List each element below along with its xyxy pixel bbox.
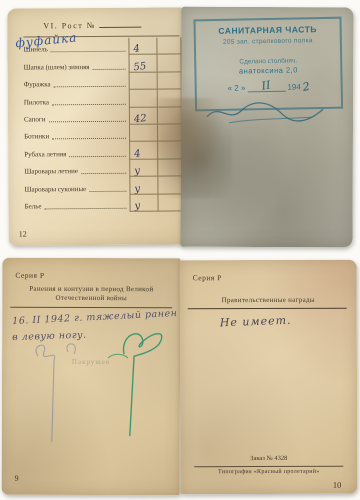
date-day: « 2 » (228, 83, 246, 92)
empty-cell (157, 194, 182, 212)
empty-cell (157, 159, 182, 177)
table-row: Ботинки (24, 124, 182, 142)
wounds-heading-line1: Ранения и контузии в период Великой (8, 285, 174, 295)
dot-leader (52, 103, 126, 105)
row-label: Белье (25, 202, 42, 212)
row-label: Рубаха летняя (24, 150, 66, 160)
heading-rule (188, 308, 347, 310)
rost-header-label: VI. Рост № (43, 21, 96, 30)
empty-cell (157, 90, 182, 108)
row-label: Ботинки (24, 133, 49, 143)
value-cell: у (129, 159, 157, 177)
clothing-size-page: VI. Рост № Шинель 4 Шапка (шлем) зимняя … (7, 7, 184, 245)
clothing-table: Шинель 4 Шапка (шлем) зимняя 55 Фуражка … (23, 37, 182, 212)
table-row: Шапка (шлем) зимняя 55 (24, 55, 182, 73)
wounds-heading: Ранения и контузии в период Великой Отеч… (8, 285, 174, 304)
dot-leader (93, 69, 126, 70)
row-value: у (134, 200, 141, 212)
value-cell: 4 (128, 38, 156, 56)
stamp-dateline: « 2 » II 194 2 (200, 78, 338, 94)
green-signature-flourish (94, 324, 174, 444)
row-label: Шаровары летние (24, 167, 78, 177)
value-cell (129, 125, 157, 143)
dot-leader (54, 86, 126, 88)
page-number: 12 (19, 229, 27, 238)
dot-leader (52, 138, 126, 140)
rost-blank-line (99, 27, 141, 28)
heading-rule (10, 307, 172, 309)
value-cell (129, 90, 157, 108)
empty-cell (157, 142, 182, 160)
table-row: Фуражка (24, 72, 182, 90)
doctor-signature-flourish (199, 93, 329, 134)
table-row: Шаровары суконные у (24, 177, 182, 195)
row-value: 55 (133, 61, 147, 73)
series-label: Серия Р (15, 271, 44, 280)
row-label: Шаровары суконные (24, 185, 86, 195)
table-row: Рубаха летняя 4 (24, 142, 182, 160)
dot-leader (89, 190, 126, 191)
stamp-unit: 205 зап. стрелкового полка (199, 37, 337, 47)
rost-header: VI. Рост № (43, 21, 141, 31)
sanitary-stamp-page: САНИТАРНАЯ ЧАСТЬ 205 зап. стрелкового по… (180, 7, 353, 248)
value-cell: 42 (129, 107, 157, 125)
value-cell: у (129, 194, 157, 212)
print-order-number: Заказ № 4328 (180, 455, 357, 463)
value-cell: 4 (129, 142, 157, 160)
value-cell (129, 72, 157, 90)
stamp-dose: анатоксина 2,0 (199, 65, 337, 77)
empty-cell (157, 55, 182, 73)
handwritten-awards-entry: Не имеет. (220, 314, 292, 330)
table-row: Сапоги 42 (24, 107, 182, 125)
table-row: Белье у (24, 194, 182, 212)
wounds-page: Серия Р Ранения и контузии в период Вели… (2, 258, 181, 496)
date-month-handwritten: II (261, 78, 272, 92)
dot-leader (81, 173, 126, 174)
table-row: Шаровары летние у (24, 159, 182, 177)
row-value: 42 (133, 113, 147, 125)
value-cell: 55 (129, 55, 157, 73)
printing-house: Типография «Красный пролетарий» (180, 469, 357, 476)
footer-rule (194, 466, 343, 468)
row-value: 4 (134, 148, 142, 160)
empty-cell (157, 177, 182, 195)
awards-heading: Правительственные награды (186, 296, 351, 305)
empty-cell (157, 124, 182, 142)
page-number: 9 (15, 474, 19, 483)
empty-cell (156, 37, 181, 55)
dot-leader (51, 51, 126, 53)
dot-leader (44, 208, 126, 210)
date-year-print: 194 (287, 82, 301, 91)
row-value: у (134, 166, 141, 178)
table-row: Пилотка (24, 90, 182, 108)
wounds-heading-line2: Отечественной войны (8, 294, 174, 304)
row-label: Сапоги (24, 115, 46, 125)
row-value: у (134, 183, 141, 195)
row-value: 4 (133, 44, 141, 56)
dot-leader (69, 156, 126, 157)
awards-page: Серия Р Правительственные награды Не име… (180, 260, 358, 495)
stamp-title: САНИТАРНАЯ ЧАСТЬ (199, 24, 337, 37)
row-label: Фуражка (24, 80, 51, 90)
value-cell: у (129, 177, 157, 195)
page-number: 10 (333, 480, 342, 490)
dot-leader (49, 121, 126, 123)
row-label: Шапка (шлем) зимняя (24, 63, 90, 73)
date-year-handwritten: 2 (302, 80, 311, 94)
series-label: Серия Р (193, 273, 222, 282)
row-label: Пилотка (24, 98, 49, 108)
empty-cell (157, 72, 182, 90)
empty-cell (157, 107, 182, 125)
date-blank: II (247, 79, 285, 93)
